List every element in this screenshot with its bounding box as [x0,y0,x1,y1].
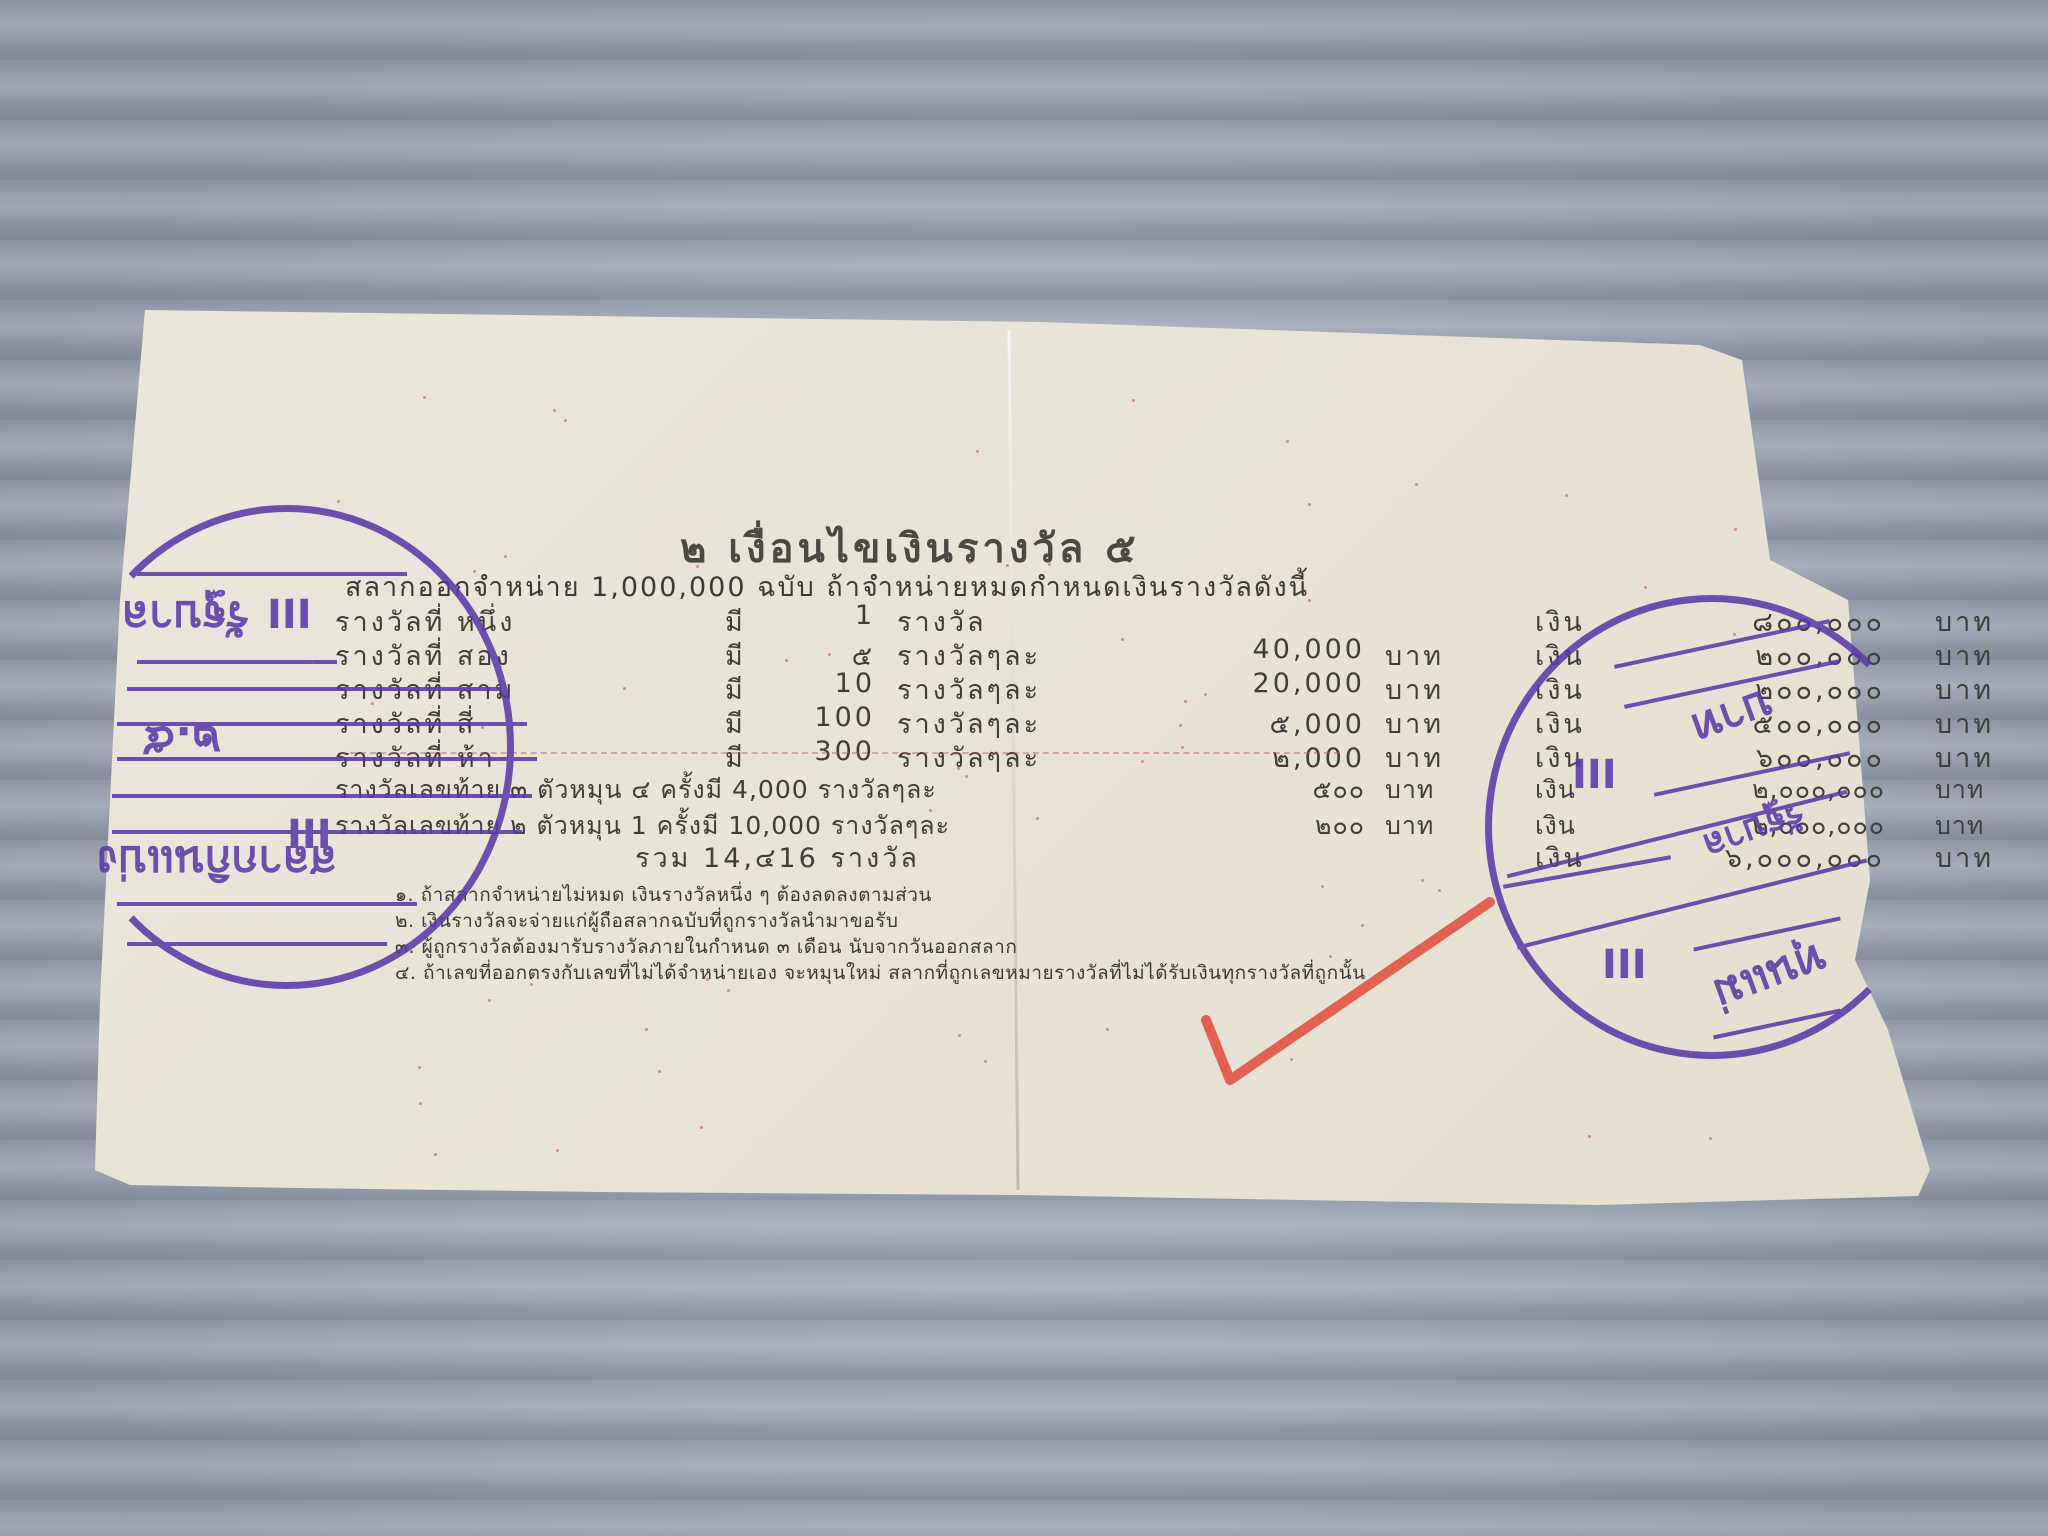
summary-unit: บาท [1935,836,1994,879]
note-4: ๔. ถ้าเลขที่ออกตรงกับเลขที่ไม่ได้จำหน่าย… [395,958,1366,988]
stamp-right: บาท III รัฐบาล III ทุนแม่ [1485,595,1939,1059]
stamp-left-marks-bottom: III [287,812,332,858]
suffix-prize-each-unit: บาท [1385,770,1434,810]
summary-label: รวม 14,๔16 รางวัล [635,836,920,879]
prize-count: 100 [785,702,875,733]
prize-each-amount: 40,000 [1175,634,1365,665]
prize-count: 10 [785,668,875,699]
lottery-ticket: ๒ เงื่อนไขเงินรางวัล ๕ สลากออกจำหน่าย 1,… [0,0,2048,1536]
stamp-right-line-1: บาท [1682,670,1783,764]
suffix-prize-each-amount: ๒๐๐ [1175,806,1365,846]
stamp-right-marks-bottom: III [1602,942,1647,988]
stamp-right-marks-top: III [1572,752,1617,798]
stamp-left-line-2: ๒.๕ [142,707,221,777]
suffix-prize-each-amount: ๕๐๐ [1175,770,1365,810]
stamp-left: รัฐบาล III ๒.๕ สลากกินแบ่ง III [60,505,514,989]
suffix-prize-unit: บาท [1935,770,1984,810]
stamp-left-line-1: รัฐบาล [122,582,250,652]
stamp-right-line-2: รัฐบาล [1695,786,1813,875]
prize-count: 1 [785,600,875,631]
suffix-prize-each-unit: บาท [1385,806,1434,846]
stamp-left-marks-top: III [267,592,312,638]
